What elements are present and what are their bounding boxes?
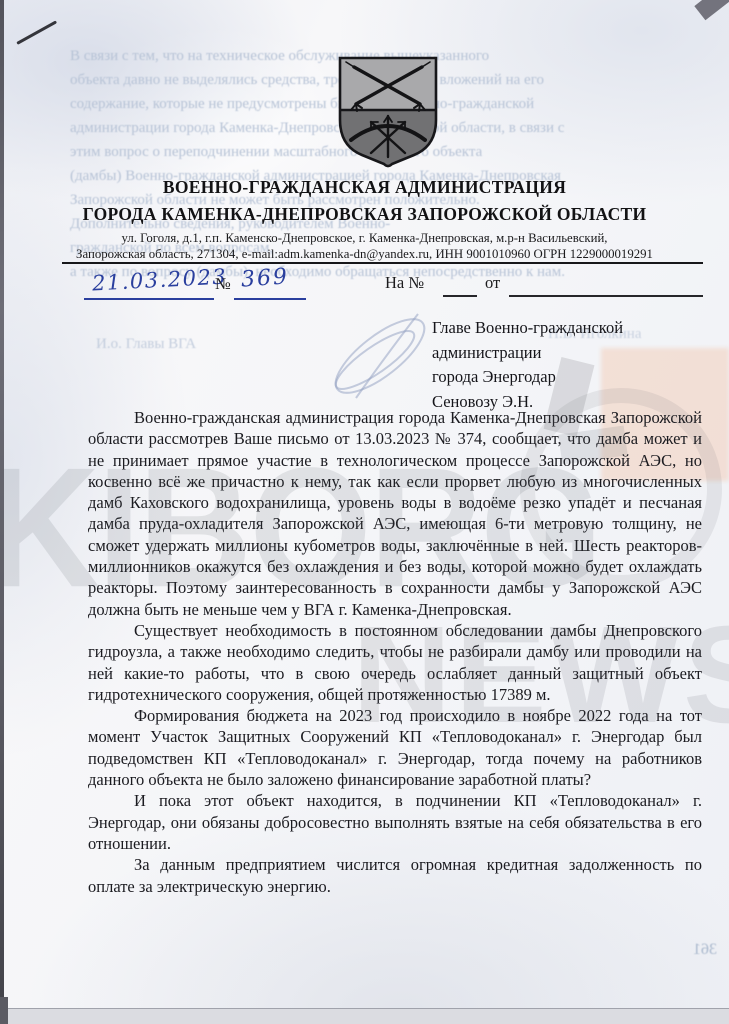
org-name-line2: ГОРОДА КАМЕНКА-ДНЕПРОВСКАЯ ЗАПОРОЖСКОЙ О… xyxy=(30,201,699,228)
body-paragraph: Существует необходимость в постоянном об… xyxy=(88,620,702,705)
letterhead: ВОЕННО-ГРАЖДАНСКАЯ АДМИНИСТРАЦИЯ ГОРОДА … xyxy=(30,174,699,228)
header-divider-line xyxy=(62,262,703,264)
coat-of-arms-icon xyxy=(332,52,444,172)
number-sign-label: № xyxy=(215,274,231,294)
recipient-line: Главе Военно-гражданской xyxy=(432,316,623,341)
org-name-line1: ВОЕННО-ГРАЖДАНСКАЯ АДМИНИСТРАЦИЯ xyxy=(30,174,699,201)
scan-corner-mark-bottom-left xyxy=(0,997,8,1024)
recipient-line: города Энергодар xyxy=(432,365,623,390)
bleedthrough-signature-scribble xyxy=(318,306,438,410)
org-address-line2: Запорожская область, 271304, e-mail:adm.… xyxy=(40,247,689,263)
org-address-line1: ул. Гоголя, д.1, г.п. Каменско-Днепровск… xyxy=(40,231,689,247)
recipient-line: администрации xyxy=(432,341,623,366)
scan-edge-left xyxy=(0,0,4,1024)
reply-date-blank xyxy=(509,295,703,297)
reply-from-label: от xyxy=(485,273,500,293)
handwritten-outgoing-number: 369 xyxy=(240,264,290,292)
scan-corner-mark-top-right xyxy=(694,0,729,20)
org-address: ул. Гоголя, д.1, г.п. Каменско-Днепровск… xyxy=(40,231,689,262)
scanned-letter-page: В связи с тем, что на техническое обслуж… xyxy=(0,0,729,1024)
body-paragraph: И пока этот объект находится, в подчинен… xyxy=(88,790,702,854)
body-paragraph: Формирования бюджета на 2023 год происхо… xyxy=(88,705,702,790)
staple-mark xyxy=(16,20,57,44)
date-underline xyxy=(84,298,214,300)
bleedthrough-official-title: И.о. Главы ВГА xyxy=(96,336,196,353)
number-underline xyxy=(234,298,306,300)
reply-to-number-label: На № xyxy=(385,273,424,293)
reply-number-blank xyxy=(443,295,477,297)
body-paragraph: За данным предприятием числится огромная… xyxy=(88,854,702,897)
bleedthrough-page-number: 361 xyxy=(693,941,717,959)
scan-edge-bottom xyxy=(0,1008,729,1024)
